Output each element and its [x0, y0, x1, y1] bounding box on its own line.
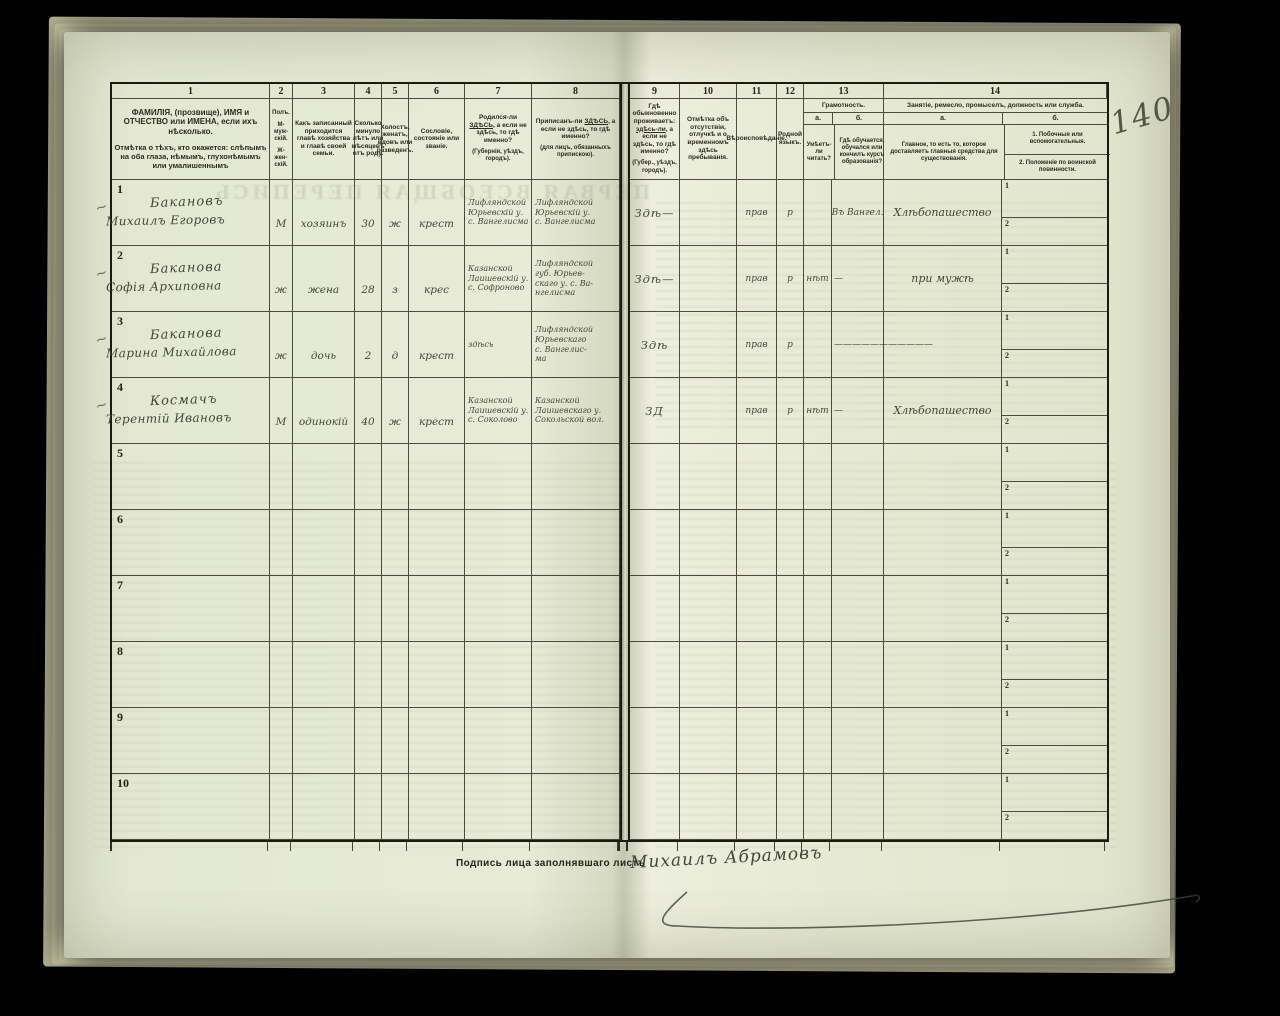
- cell-born: [465, 510, 532, 576]
- cell-relation: [293, 444, 355, 510]
- header-relation: Какъ записанный приходится главѣ хозяйст…: [293, 99, 355, 180]
- cell-residence: [630, 510, 680, 576]
- cell-literacy-where: ———————————: [832, 312, 884, 378]
- page-fold: [620, 246, 630, 312]
- header-literacy: Грамотность. а. б. Умѣетъ-ли читать? Гдѣ…: [804, 99, 884, 180]
- cell-occupation-main: [884, 708, 1002, 774]
- occupation-side-1: 1: [1002, 642, 1107, 679]
- header-occupation-a-label: а.: [884, 113, 1003, 124]
- cell-religion: [737, 510, 777, 576]
- cell-marital: [382, 576, 409, 642]
- cell-occupation-main: Хлѣбопашество: [884, 180, 1002, 246]
- occupation-side-1: 1: [1002, 576, 1107, 613]
- cell-literacy-where: [832, 642, 884, 708]
- cell-marital: з: [382, 246, 409, 312]
- header-sex: Полъ. М-муж-скій. Ж-жен-скій.: [270, 99, 293, 180]
- page-fold: [620, 180, 630, 246]
- place-lines: ЛифляндскойЮрьевскій у.с. Вангелисма: [465, 180, 531, 245]
- cell-absence: [680, 642, 737, 708]
- row-number: 10: [117, 776, 129, 791]
- cell-occupation-side: 12: [1002, 774, 1107, 840]
- col-number-1: 1: [112, 84, 270, 99]
- cell-estate: [409, 576, 465, 642]
- header-occupation-main: Главное, то есть то, которое доставляетъ…: [884, 125, 1005, 179]
- cell-occupation-side: 12: [1002, 246, 1107, 312]
- cell-occupation-main: Хлѣбопашество: [884, 378, 1002, 444]
- cell-literacy-where: Въ Вангел.: [832, 180, 884, 246]
- sub-label-2: 2: [1005, 549, 1009, 558]
- cell-marital: [382, 642, 409, 708]
- sub-label-1: 1: [1005, 313, 1009, 322]
- row-number: 2: [117, 248, 123, 263]
- cell-language: р: [777, 378, 804, 444]
- page-fold: [620, 444, 630, 510]
- sub-label-1: 1: [1005, 379, 1009, 388]
- header-estate: Сословіе, состояніе или званіе.: [409, 99, 465, 180]
- cell-marital: [382, 774, 409, 840]
- page-fold: [620, 642, 630, 708]
- signature-label: Подпись лица заполнявшаго листъ: [456, 858, 645, 869]
- tick-stub: [882, 842, 1000, 851]
- occupation-side-1: 1: [1002, 180, 1107, 217]
- header-language: Родной языкъ.: [777, 99, 804, 180]
- place-lines: здѣсь: [465, 312, 531, 377]
- cell-age: 30: [355, 180, 382, 246]
- place-lines: КазанскойЛаишевскаго у.Сокольской вол.: [532, 378, 619, 443]
- header-name: ФАМИЛІЯ, (прозвище), ИМЯ и ОТЧЕСТВО или …: [112, 99, 270, 180]
- cell-marital: ж: [382, 378, 409, 444]
- header-religion: Вѣроисповѣданіе.: [737, 99, 777, 180]
- cell-born: ЛифляндскойЮрьевскій у.с. Вангелисма: [465, 180, 532, 246]
- cell-sex: М: [270, 378, 293, 444]
- cell-born: [465, 708, 532, 774]
- cell-religion: [737, 774, 777, 840]
- cell-sex: [270, 708, 293, 774]
- tick-stub: [1000, 842, 1105, 851]
- cell-name: 6: [112, 510, 270, 576]
- cell-residence: [630, 444, 680, 510]
- cell-age: [355, 576, 382, 642]
- cell-absence: [680, 378, 737, 444]
- cell-occupation-side: 12: [1002, 510, 1107, 576]
- cell-literacy-reads: [804, 444, 832, 510]
- cell-language: [777, 444, 804, 510]
- sub-label-2: 2: [1005, 615, 1009, 624]
- cell-occupation-main: [884, 774, 1002, 840]
- cell-name: 10: [112, 774, 270, 840]
- cell-language: [777, 642, 804, 708]
- cell-literacy-reads: [804, 180, 832, 246]
- cell-sex: ж: [270, 312, 293, 378]
- occupation-side-2: 2: [1002, 745, 1107, 773]
- place-lines: [465, 510, 531, 575]
- place-lines: Лифляндскойгуб. Юрьев-скаго у. с. Ва-нге…: [532, 246, 619, 311]
- cell-residence: [630, 576, 680, 642]
- cell-occupation-side: 12: [1002, 576, 1107, 642]
- cell-born: КазанскойЛаишевскій у.с. Софроново: [465, 246, 532, 312]
- col-number-14: 14: [884, 84, 1107, 99]
- cell-literacy-where: —: [832, 246, 884, 312]
- cell-estate: крес: [409, 246, 465, 312]
- header-occupation: Занятіе, ремесло, промыселъ, должность и…: [884, 99, 1107, 180]
- cell-language: [777, 510, 804, 576]
- cell-literacy-where: [832, 774, 884, 840]
- tick-stub: [618, 842, 628, 851]
- cell-religion: [737, 642, 777, 708]
- occupation-side-2: 2: [1002, 679, 1107, 707]
- page-fold: [620, 576, 630, 642]
- col-number-7: 7: [465, 84, 532, 99]
- row-number: 1: [117, 182, 123, 197]
- occupation-side-1: 1: [1002, 246, 1107, 283]
- header-occupation-side: 1. Побочныя или вспомогательныя.: [1005, 125, 1110, 155]
- cell-age: [355, 774, 382, 840]
- place-lines: [532, 576, 619, 641]
- col-number-11: 11: [737, 84, 777, 99]
- place-lines: [532, 642, 619, 707]
- tick-stub: [463, 842, 530, 851]
- cell-age: [355, 708, 382, 774]
- cell-literacy-reads: нѣт: [804, 378, 832, 444]
- cell-name: 1∼БакановъМихаилъ Егоровъ: [112, 180, 270, 246]
- cell-estate: крест: [409, 378, 465, 444]
- place-lines: КазанскойЛаишевскій у.с. Софроново: [465, 246, 531, 311]
- header-sex-3: Ж-жен-скій.: [272, 148, 290, 169]
- cell-born: здѣсь: [465, 312, 532, 378]
- place-lines: КазанскойЛаишевскій у.с. Соколово: [465, 378, 531, 443]
- cell-relation: [293, 576, 355, 642]
- cell-language: [777, 774, 804, 840]
- occupation-side-2: 2: [1002, 349, 1107, 377]
- cell-registered: [532, 576, 620, 642]
- cell-age: [355, 444, 382, 510]
- cell-marital: ж: [382, 180, 409, 246]
- cell-language: р: [777, 246, 804, 312]
- sub-label-2: 2: [1005, 747, 1009, 756]
- page-fold: [620, 312, 630, 378]
- cell-sex: [270, 444, 293, 510]
- cell-absence: [680, 246, 737, 312]
- tick-stub: [380, 842, 407, 851]
- cell-relation: жена: [293, 246, 355, 312]
- cell-age: 28: [355, 246, 382, 312]
- cell-born: КазанскойЛаишевскій у.с. Соколово: [465, 378, 532, 444]
- col-number-8: 8: [532, 84, 620, 99]
- cell-literacy-where: [832, 510, 884, 576]
- occupation-side-1: 1: [1002, 378, 1107, 415]
- header-registered-note: (для лицъ, обязанныхъ припискою).: [534, 145, 617, 160]
- cell-marital: [382, 708, 409, 774]
- cell-name: 3∼БакановаМарина Михайлова: [112, 312, 270, 378]
- place-lines: [465, 576, 531, 641]
- tick-stub: [291, 842, 353, 851]
- row-number: 5: [117, 446, 123, 461]
- occupation-side-1: 1: [1002, 312, 1107, 349]
- tick-stub: [268, 842, 291, 851]
- col-number-10: 10: [680, 84, 737, 99]
- place-lines: [532, 708, 619, 773]
- cell-estate: [409, 774, 465, 840]
- cell-sex: [270, 576, 293, 642]
- cell-occupation-main: [884, 642, 1002, 708]
- col-number-13: 13: [804, 84, 884, 99]
- cell-literacy-reads: [804, 642, 832, 708]
- cell-estate: [409, 642, 465, 708]
- cell-absence: [680, 444, 737, 510]
- tick-stub: [530, 842, 618, 851]
- cell-estate: крест: [409, 180, 465, 246]
- cell-language: р: [777, 180, 804, 246]
- cell-name: 4∼КосмачъТерентій Ивановъ: [112, 378, 270, 444]
- place-lines: ЛифляндскойЮрьевскій у.с. Вангелисма: [532, 180, 619, 245]
- cell-sex: [270, 510, 293, 576]
- header-name-note: Отмѣтка о тѣхъ, кто окажется: слѣпымъ на…: [114, 143, 267, 170]
- header-residence: Гдѣ обыкновенно проживаетъ: здѣсь-ли, а …: [630, 99, 680, 180]
- cell-registered: [532, 510, 620, 576]
- cell-absence: [680, 708, 737, 774]
- cell-registered: ЛифляндскойЮрьевскій у.с. Вангелисма: [532, 180, 620, 246]
- occupation-side-2: 2: [1002, 811, 1107, 839]
- sub-label-1: 1: [1005, 709, 1009, 718]
- cell-registered: ЛифляндскойЮрьевскагос. Вангелис-ма: [532, 312, 620, 378]
- sub-label-1: 1: [1005, 643, 1009, 652]
- header-sex-1: Полъ.: [272, 110, 290, 117]
- cell-religion: прав: [737, 246, 777, 312]
- place-lines: [532, 774, 619, 839]
- header-literacy-title: Грамотность.: [804, 99, 883, 113]
- row-number: 7: [117, 578, 123, 593]
- cell-relation: одинокій: [293, 378, 355, 444]
- place-lines: [532, 510, 619, 575]
- cell-age: 40: [355, 378, 382, 444]
- cell-estate: крест: [409, 312, 465, 378]
- cell-residence: Здѣ: [630, 312, 680, 378]
- cell-marital: [382, 444, 409, 510]
- cell-occupation-side: 12: [1002, 444, 1107, 510]
- cell-name: 5: [112, 444, 270, 510]
- cell-literacy-reads: [804, 312, 832, 378]
- col-number-9: 9: [630, 84, 680, 99]
- cell-occupation-side: 12: [1002, 378, 1107, 444]
- header-literacy-b-label: б.: [833, 113, 885, 124]
- cell-sex: [270, 774, 293, 840]
- cell-literacy-reads: [804, 708, 832, 774]
- sub-label-1: 1: [1005, 181, 1009, 190]
- sub-label-1: 1: [1005, 445, 1009, 454]
- sub-label-1: 1: [1005, 775, 1009, 784]
- cell-born: [465, 444, 532, 510]
- census-book-spread: ПЕРВАЯ ВСЕОБЩАЯ ПЕРЕПИСЬ 140 1 2 3 4 5 6…: [64, 32, 1170, 958]
- header-marital: Холостъ, женатъ, вдовъ или разведенъ.: [382, 99, 409, 180]
- cell-residence: [630, 774, 680, 840]
- header-residence-note: (Губер., уѣздъ, городъ).: [632, 160, 677, 175]
- row-number: 8: [117, 644, 123, 659]
- row-number: 9: [117, 710, 123, 725]
- tick-stub: [353, 842, 380, 851]
- row-number: 3: [117, 314, 123, 329]
- cell-registered: Лифляндскойгуб. Юрьев-скаго у. с. Ва-нге…: [532, 246, 620, 312]
- place-lines: [465, 708, 531, 773]
- header-name-main: ФАМИЛІЯ, (прозвище), ИМЯ и ОТЧЕСТВО или …: [114, 108, 267, 137]
- cell-marital: [382, 510, 409, 576]
- place-lines: [532, 444, 619, 509]
- cell-occupation-side: 12: [1002, 312, 1107, 378]
- occupation-side-2: 2: [1002, 415, 1107, 443]
- tick-stub: [110, 842, 268, 851]
- sub-label-2: 2: [1005, 483, 1009, 492]
- header-registered: Приписанъ-ли ЗДѢСЬ, а если не здѣсь, то …: [532, 99, 620, 180]
- cell-absence: [680, 576, 737, 642]
- cell-occupation-main: [884, 576, 1002, 642]
- cell-occupation-main: [884, 444, 1002, 510]
- table-bottom-ticks: [110, 842, 1105, 851]
- census-table: 1 2 3 4 5 6 7 8 9 10 11 12 13 14 ФАМИЛІЯ…: [110, 82, 1109, 842]
- cell-age: [355, 510, 382, 576]
- sub-label-1: 1: [1005, 511, 1009, 520]
- cell-absence: [680, 312, 737, 378]
- occupation-side-2: 2: [1002, 613, 1107, 641]
- occupation-side-2: 2: [1002, 217, 1107, 245]
- cell-name: 2∼БакановаСофія Архиповна: [112, 246, 270, 312]
- cell-residence: Здѣ—: [630, 180, 680, 246]
- cell-absence: [680, 774, 737, 840]
- sub-label-1: 1: [1005, 247, 1009, 256]
- occupation-side-2: 2: [1002, 547, 1107, 575]
- cell-relation: [293, 510, 355, 576]
- place-lines: [465, 444, 531, 509]
- cell-registered: [532, 642, 620, 708]
- cell-occupation-side: 12: [1002, 180, 1107, 246]
- cell-literacy-where: [832, 708, 884, 774]
- page-fold: [620, 510, 630, 576]
- tick-stub: [407, 842, 463, 851]
- sub-label-1: 1: [1005, 577, 1009, 586]
- cell-age: 2: [355, 312, 382, 378]
- header-occupation-military: 2. Положеніе по воинской повинности.: [1005, 155, 1110, 179]
- cell-estate: [409, 444, 465, 510]
- cell-relation: [293, 774, 355, 840]
- sub-label-2: 2: [1005, 417, 1009, 426]
- header-literacy-a-label: а.: [804, 113, 833, 124]
- cell-occupation-main: при мужѣ: [884, 246, 1002, 312]
- cell-sex: М: [270, 180, 293, 246]
- cell-relation: дочь: [293, 312, 355, 378]
- header-occupation-title: Занятіе, ремесло, промыселъ, должность и…: [884, 99, 1107, 113]
- occupation-side-1: 1: [1002, 444, 1107, 481]
- cell-residence: [630, 708, 680, 774]
- cell-name: 7: [112, 576, 270, 642]
- cell-literacy-reads: [804, 510, 832, 576]
- cell-relation: хозяинъ: [293, 180, 355, 246]
- col-number-5: 5: [382, 84, 409, 99]
- cell-religion: [737, 444, 777, 510]
- cell-occupation-side: 12: [1002, 708, 1107, 774]
- occupation-side-2: 2: [1002, 481, 1107, 509]
- cell-residence: [630, 642, 680, 708]
- cell-registered: КазанскойЛаишевскаго у.Сокольской вол.: [532, 378, 620, 444]
- occupation-side-1: 1: [1002, 510, 1107, 547]
- page-fold: [620, 774, 630, 840]
- cell-literacy-where: [832, 444, 884, 510]
- cell-registered: [532, 774, 620, 840]
- cell-religion: прав: [737, 180, 777, 246]
- cell-born: [465, 774, 532, 840]
- sub-label-2: 2: [1005, 681, 1009, 690]
- tick-stub: [830, 842, 882, 851]
- sub-label-2: 2: [1005, 351, 1009, 360]
- header-literacy-reads: Умѣетъ-ли читать?: [804, 125, 835, 179]
- cell-relation: [293, 708, 355, 774]
- cell-born: [465, 576, 532, 642]
- place-lines: [465, 774, 531, 839]
- cell-estate: [409, 708, 465, 774]
- cell-language: [777, 576, 804, 642]
- row-number: 6: [117, 512, 123, 527]
- row-number: 4: [117, 380, 123, 395]
- cell-religion: [737, 576, 777, 642]
- cell-sex: [270, 642, 293, 708]
- col-number-3: 3: [293, 84, 355, 99]
- cell-estate: [409, 510, 465, 576]
- col-number-6: 6: [409, 84, 465, 99]
- cell-occupation-side: 12: [1002, 642, 1107, 708]
- cell-marital: д: [382, 312, 409, 378]
- place-lines: [465, 642, 531, 707]
- header-literacy-where: Гдѣ обучается, обучался или кончилъ курс…: [835, 125, 889, 179]
- sub-label-2: 2: [1005, 285, 1009, 294]
- tick-stub: [628, 842, 678, 851]
- cell-age: [355, 642, 382, 708]
- page-fold: [620, 84, 630, 180]
- cell-absence: [680, 510, 737, 576]
- sub-label-2: 2: [1005, 813, 1009, 822]
- occupation-side-1: 1: [1002, 708, 1107, 745]
- cell-literacy-reads: [804, 576, 832, 642]
- cell-religion: [737, 708, 777, 774]
- cell-occupation-main: [884, 510, 1002, 576]
- cell-absence: [680, 180, 737, 246]
- cell-literacy-where: [832, 576, 884, 642]
- header-born-note: (Губернія, уѣздъ, городъ).: [467, 149, 529, 164]
- cell-born: [465, 642, 532, 708]
- cell-sex: ж: [270, 246, 293, 312]
- col-number-2: 2: [270, 84, 293, 99]
- col-number-12: 12: [777, 84, 804, 99]
- cell-name: 8: [112, 642, 270, 708]
- page-number-handwritten: 140: [1106, 90, 1179, 143]
- header-born: Родился-ли ЗДѢСЬ, а если не здѣсь, то гд…: [465, 99, 532, 180]
- cell-literacy-where: —: [832, 378, 884, 444]
- col-number-4: 4: [355, 84, 382, 99]
- sub-label-2: 2: [1005, 219, 1009, 228]
- cell-language: [777, 708, 804, 774]
- occupation-side-1: 1: [1002, 774, 1107, 811]
- cell-registered: [532, 444, 620, 510]
- page-fold: [620, 378, 630, 444]
- place-lines: ЛифляндскойЮрьевскагос. Вангелис-ма: [532, 312, 619, 377]
- cell-residence: Здѣ—: [630, 246, 680, 312]
- cell-relation: [293, 642, 355, 708]
- cell-registered: [532, 708, 620, 774]
- signature-flourish: [592, 874, 1212, 944]
- occupation-side-2: 2: [1002, 283, 1107, 311]
- cell-religion: прав: [737, 312, 777, 378]
- cell-literacy-reads: [804, 774, 832, 840]
- cell-residence: ЗД: [630, 378, 680, 444]
- header-occupation-b-label: б.: [1003, 113, 1108, 124]
- header-sex-2: М-муж-скій.: [272, 122, 290, 143]
- cell-literacy-reads: нѣт: [804, 246, 832, 312]
